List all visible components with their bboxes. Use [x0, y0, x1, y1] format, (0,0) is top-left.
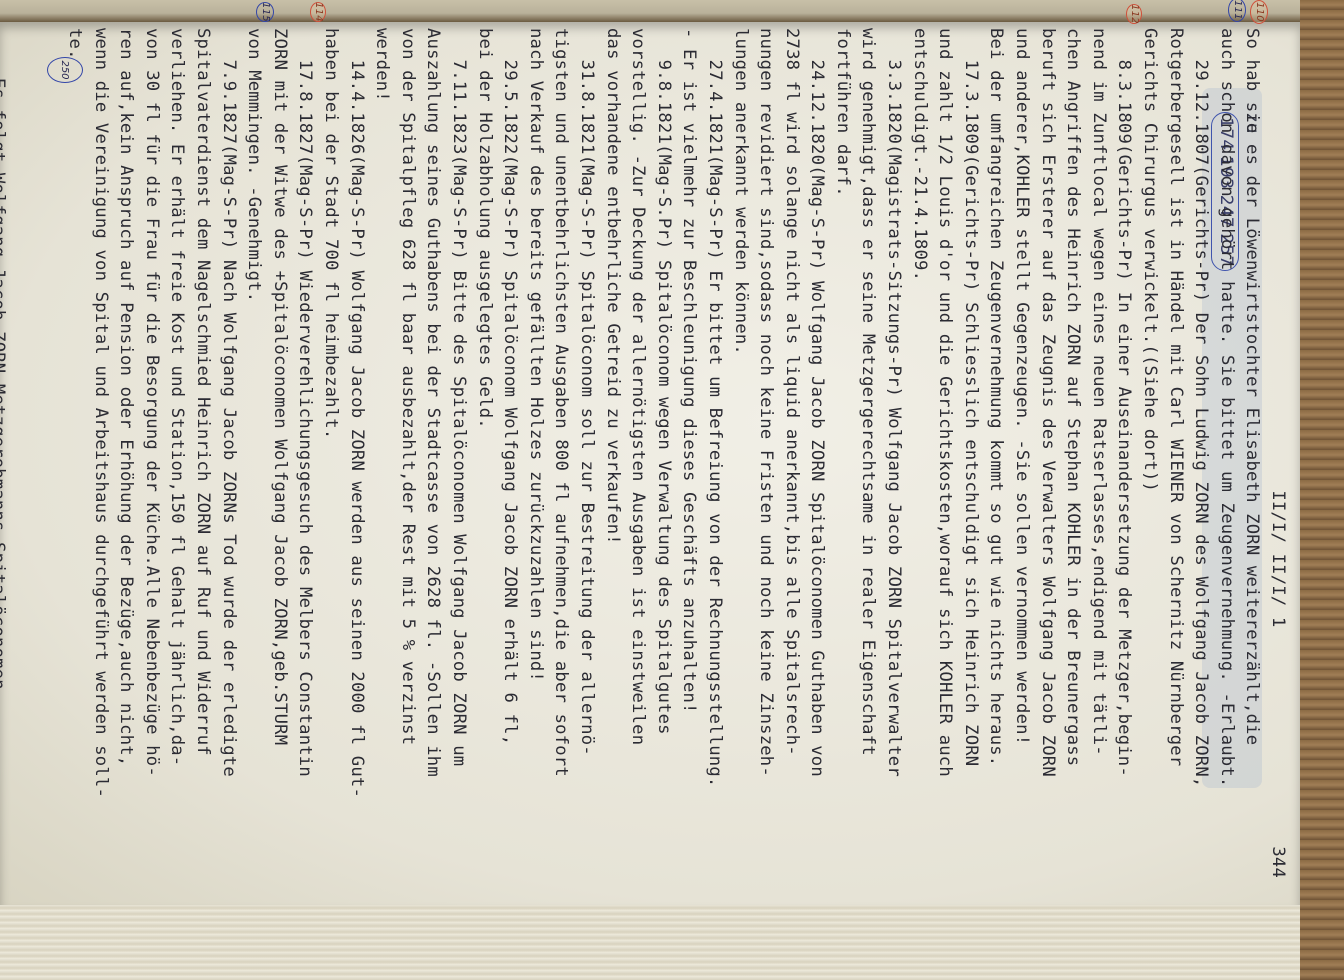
page-number: 344 [1264, 846, 1290, 878]
text-line: 3.3.1820(Magistrats-Sitzungs-Pr) Wolfgan… [881, 28, 907, 898]
text-line: - Er ist vielmehr zur Beschleunigung die… [676, 28, 702, 898]
text-line: und zahlt 1/2 Louis d'or und die Gericht… [932, 28, 958, 898]
text-line: beruft sich Ersterer auf das Zeugnis des… [1034, 28, 1060, 898]
text-line: vorstellig. -Zur Deckung der allernötigs… [625, 28, 651, 898]
text-line: te. [62, 28, 88, 898]
text-line: chen Angriffen des Heinrich ZORN auf Ste… [1060, 28, 1086, 898]
text-line: und anderer,KOHLER stellt Gegenzeugen. -… [1008, 28, 1034, 898]
text-line: fortführen darf. [829, 28, 855, 898]
text-line: 29.5.1822(Mag-S-Pr) Spitalöconom Wolfgan… [497, 28, 523, 898]
text-line: von 30 fl für die Frau für die Besorgung… [138, 28, 164, 898]
text-line: entschuldigt.-21.4.1809. [906, 28, 932, 898]
text-line: 14.4.1826(Mag-S-Pr) Wolfgang Jacob ZORN … [343, 28, 369, 898]
text-line: lungen anerkannt werden können. [727, 28, 753, 898]
text-line: nend im Zunftlocal wegen eines neuen Rat… [1085, 28, 1111, 898]
text-line: So hab sie es der Löwenwirtstochter Elis… [1239, 28, 1265, 898]
text-line: 24.12.1820(Mag-S-Pr) Wolfgang Jacob ZORN… [804, 28, 830, 898]
text-line: von Memmingen. -Genehmigt. [241, 28, 267, 898]
page-header: zu 174 193 247 257 II/I/ II/I/ 1 344 [1264, 28, 1290, 898]
margin-number-114: 114 [310, 2, 326, 22]
text-line: ren auf,kein Anspruch auf Pension oder E… [113, 28, 139, 898]
text-line: bei der Holzabholung ausgelegtes Geld. [471, 28, 497, 898]
text-line: 29.12.1807(Gerichts-Pr) Der Sohn Ludwig … [1188, 28, 1214, 898]
text-line: 31.8.1821(Mag-S-Pr) Spitalöconom soll zu… [573, 28, 599, 898]
text-line: 7.9.1827(Mag-S-Pr) Nach Wolfgang Jacob Z… [215, 28, 241, 898]
text-line: 8.3.1809(Gerichts-Pr) In einer Auseinand… [1111, 28, 1137, 898]
margin-number-112: 112 [1126, 4, 1142, 24]
text-line: 17.8.1827(Mag-S-Pr) Wiederverehlichungsg… [292, 28, 318, 898]
text-line: 17.3.1809(Gerichts-Pr) Schliesslich ents… [957, 28, 983, 898]
text-line: tigsten und unentbehrlichsten Ausgaben 8… [548, 28, 574, 898]
page-stack-edge [0, 905, 1300, 980]
text-line: ZORN mit der Witwe des +Spitalöconomen W… [266, 28, 292, 898]
text-line: 27.4.1821(Mag-S-Pr) Er bittet um Befreiu… [701, 28, 727, 898]
text-line: wird genehmigt,dass er seine Metzgergere… [855, 28, 881, 898]
text-line: Gerichts Chirurgus verwickelt.((Siehe do… [1136, 28, 1162, 898]
text-line: haben bei der Stadt 700 fl heimbezahlt. [317, 28, 343, 898]
text-line: nach Verkauf des bereits gefällten Holze… [522, 28, 548, 898]
photo-scene: zu 174 193 247 257 II/I/ II/I/ 1 344 So … [0, 0, 1344, 980]
text-line: Spitalvaterdienst dem Nagelschmied Heinr… [189, 28, 215, 898]
margin-number-111: 111 [1228, 0, 1246, 22]
text-line: Auszahlung seines Guthabens bei der Stad… [420, 28, 446, 898]
text-line: verliehen. Er erhält freie Kost und Stat… [164, 28, 190, 898]
margin-number-250: 250 [47, 57, 83, 83]
text-line: werden! [369, 28, 395, 898]
margin-number-115: 115 [256, 2, 274, 22]
text-line: 2738 fl wird solange nicht als liquid an… [778, 28, 804, 898]
header-reference: zu 174 193 247 257 [1264, 28, 1290, 271]
text-line: Bei der umfangreichen Zeugenvernehmung k… [983, 28, 1009, 898]
text-line: nungen revidiert sind,sodass noch keine … [753, 28, 779, 898]
document-body: So hab sie es der Löwenwirtstochter Elis… [62, 28, 1265, 898]
margin-number-110: 110 [1250, 0, 1268, 24]
header-archive-code: II/I/ II/I/ 1 [1264, 490, 1290, 627]
table-edge [1300, 0, 1344, 980]
text-line: Rotgerbergesell ist in Händel mit Carl W… [1162, 28, 1188, 898]
text-line: das vorhandene entbehrliche Getreid zu v… [599, 28, 625, 898]
footer-line-1: Es folgt Wolfgang Jacob ZORN Metzgerobma… [0, 28, 10, 898]
rotated-typed-page: zu 174 193 247 257 II/I/ II/I/ 1 344 So … [210, 28, 1290, 898]
text-line: von der Spitalpfleg 628 fl baar ausbezah… [394, 28, 420, 898]
text-line: wenn die Vereinigung von Spital und Arbe… [87, 28, 113, 898]
text-line: 7.11.1823(Mag-S-Pr) Bitte des Spitalöcon… [445, 28, 471, 898]
text-line: 9.8.1821(Mag-S.Pr) Spitalöconom wegen Ve… [650, 28, 676, 898]
text-line: auch schon davon gehört hatte. Sie bitte… [1213, 28, 1239, 898]
